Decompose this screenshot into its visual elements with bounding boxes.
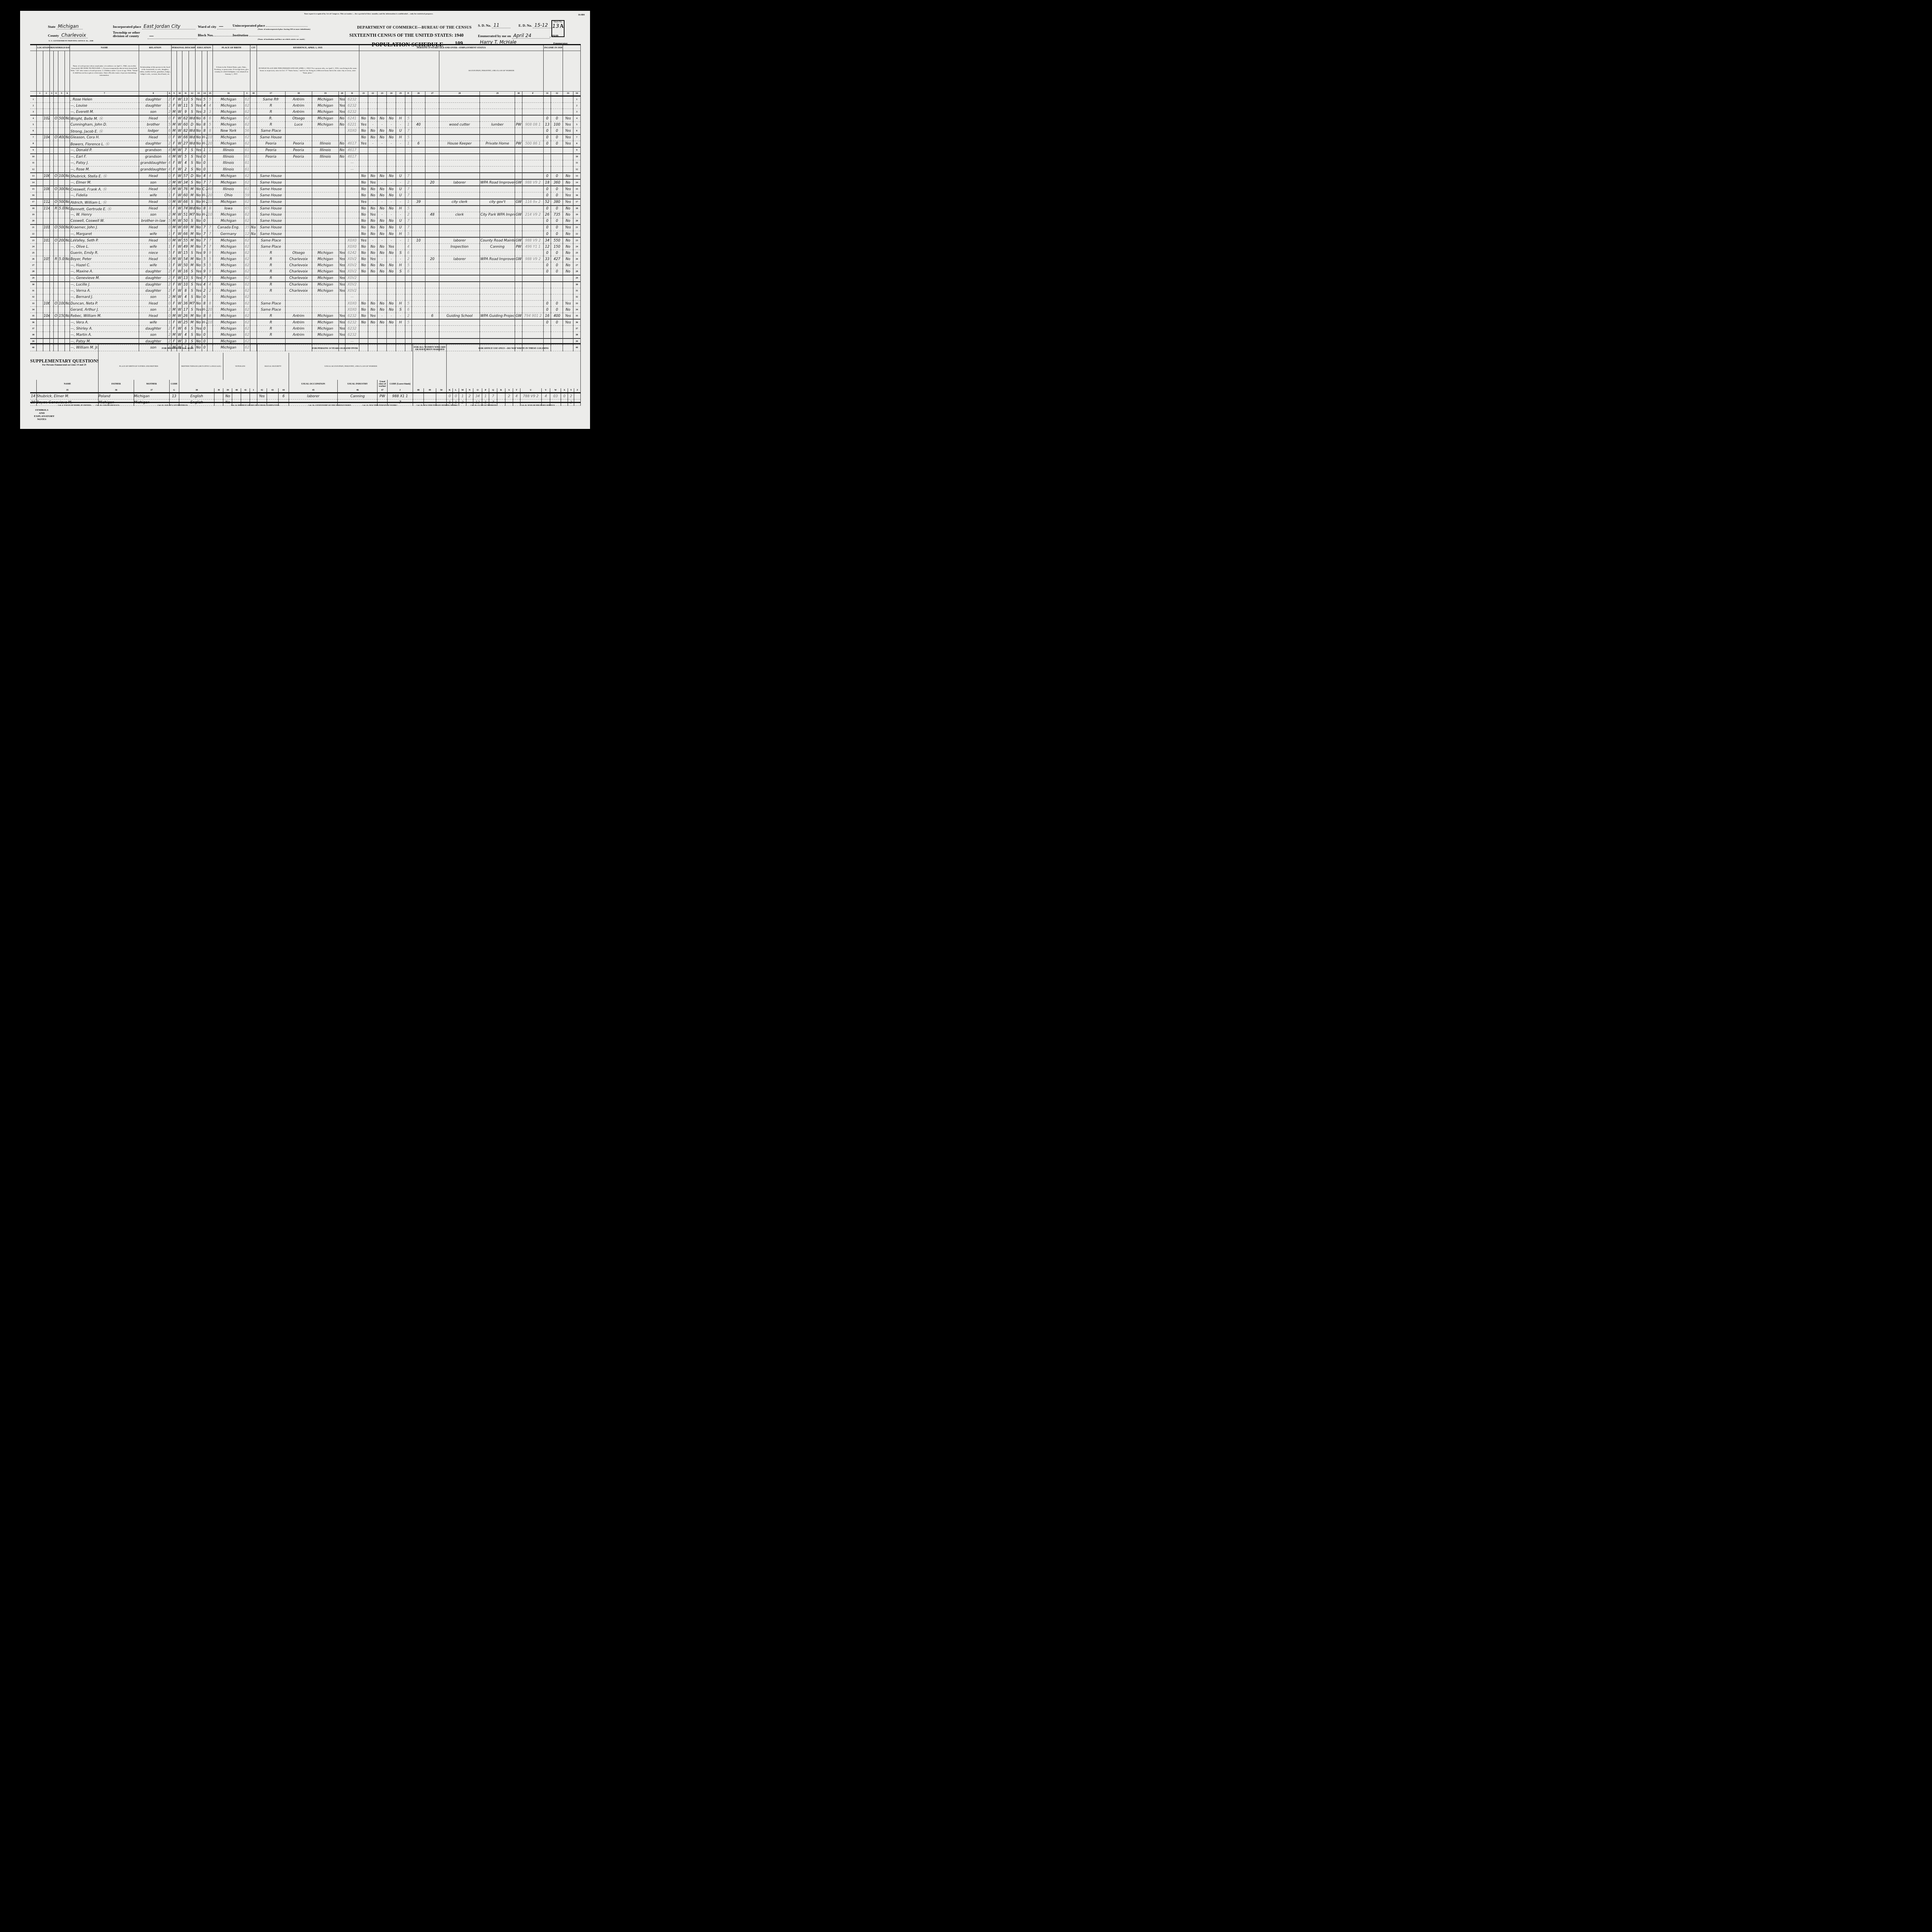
cell-res-state[interactable]: Michigan — [312, 109, 338, 116]
cell-res-county[interactable]: Antrim — [285, 326, 312, 332]
cell-e21[interactable]: No — [359, 206, 368, 212]
cell-age[interactable]: 4 — [182, 294, 189, 300]
cell-res-farm[interactable] — [339, 294, 345, 300]
cell-e23[interactable]: No — [378, 319, 387, 326]
cell-res-county[interactable]: Charlevoix — [285, 256, 312, 262]
cell-other[interactable]: No — [563, 262, 573, 269]
cell-wage[interactable]: 0 — [551, 307, 563, 313]
cell-other[interactable] — [563, 154, 573, 160]
cell-ms[interactable]: S — [189, 199, 196, 206]
cell-grade[interactable]: 1 — [202, 147, 207, 154]
cell-e24[interactable]: - — [387, 212, 396, 218]
cell-e23[interactable] — [378, 154, 387, 160]
cell-race[interactable]: W — [177, 160, 182, 166]
cell-cw[interactable] — [515, 115, 522, 122]
cell-rel[interactable]: granddaughter — [139, 160, 168, 166]
cell-e25[interactable] — [396, 96, 405, 103]
cell-ecode[interactable]: 6 — [405, 250, 412, 256]
cell-own[interactable]: O — [54, 301, 58, 307]
cell-sex[interactable]: F — [171, 269, 177, 275]
cell-e23[interactable]: No — [378, 244, 387, 250]
cell-cit[interactable] — [250, 154, 257, 160]
cell-res-farm[interactable]: Yes — [339, 288, 345, 294]
cell-grade[interactable]: 0 — [202, 332, 207, 338]
cell-grade[interactable]: 0 — [202, 160, 207, 166]
cell-wage[interactable] — [551, 109, 563, 116]
cell-res-county[interactable]: Charlevoix — [285, 262, 312, 269]
cell-farm[interactable] — [65, 128, 70, 134]
cell-value[interactable] — [58, 282, 65, 288]
cell-grcode[interactable]: 7 — [207, 179, 213, 186]
cell-code-a[interactable]: 4 — [168, 147, 172, 154]
cell-res-code[interactable] — [345, 186, 359, 192]
cell-ecode[interactable] — [405, 109, 412, 116]
supp-cell-tongue[interactable]: English — [179, 393, 214, 400]
cell-e23[interactable]: - — [378, 313, 387, 320]
cell-ind[interactable] — [480, 154, 515, 160]
cell-farm[interactable] — [65, 288, 70, 294]
cell-school[interactable]: No — [195, 186, 202, 192]
cell-other[interactable] — [563, 147, 573, 154]
cell-bcode[interactable]: 62 — [244, 199, 250, 206]
cell-wks39[interactable]: 0 — [544, 134, 551, 141]
cell-ecode[interactable]: 2 — [405, 212, 412, 218]
cell-grade[interactable]: C-1 — [202, 186, 207, 192]
cell-rel[interactable]: grandson — [139, 147, 168, 154]
cell-res-state[interactable] — [312, 199, 338, 206]
person-name[interactable]: —, Verna A. — [70, 288, 139, 294]
cell-cit[interactable] — [250, 212, 257, 218]
cell-grade[interactable]: 5 — [202, 256, 207, 262]
cell-res-code[interactable] — [345, 134, 359, 141]
cell-sex[interactable]: M — [171, 237, 177, 244]
cell-res-code[interactable]: 6221 — [345, 122, 359, 128]
cell-weeks[interactable] — [425, 154, 439, 160]
person-name[interactable]: —, Shirley A. — [70, 326, 139, 332]
cell-house[interactable] — [43, 288, 49, 294]
cell-age[interactable]: 5 — [182, 154, 189, 160]
cell-birth[interactable]: Michigan — [213, 179, 244, 186]
cell-e21[interactable] — [359, 109, 368, 116]
supp-cell-w49[interactable] — [423, 393, 436, 400]
cell-e23[interactable]: No — [378, 206, 387, 212]
cell-value[interactable]: 5.00 — [58, 256, 65, 262]
cell-value[interactable] — [58, 262, 65, 269]
cell-own[interactable] — [54, 96, 58, 103]
cell-sex[interactable]: F — [171, 250, 177, 256]
cell-e21[interactable] — [359, 160, 368, 166]
cell-e21[interactable]: Yes — [359, 199, 368, 206]
cell-ms[interactable]: M — [189, 244, 196, 250]
cell-e23[interactable] — [378, 147, 387, 154]
cell-hh[interactable] — [49, 212, 54, 218]
cell-own[interactable] — [54, 282, 58, 288]
cell-ms[interactable]: S — [189, 167, 196, 173]
cell-school[interactable]: No — [195, 115, 202, 122]
cell-cit[interactable] — [250, 326, 257, 332]
cell-res-farm[interactable]: Yes — [339, 103, 345, 109]
cell-e24[interactable] — [387, 103, 396, 109]
cell-hours[interactable] — [412, 212, 425, 218]
cell-e25[interactable]: H — [396, 301, 405, 307]
cell-res-farm[interactable]: No — [339, 115, 345, 122]
cell-cw[interactable] — [515, 154, 522, 160]
cell-sex[interactable]: M — [171, 313, 177, 320]
cell-e22[interactable]: No — [368, 134, 378, 141]
person-name[interactable]: Creswell, Frank A. ⓧ — [70, 186, 139, 192]
cell-e22[interactable]: No — [368, 192, 378, 199]
cell-wage[interactable]: 0 — [551, 262, 563, 269]
cell-occ[interactable] — [439, 128, 480, 134]
cell-age[interactable]: 74 — [182, 206, 189, 212]
cell-wks39[interactable]: 0 — [544, 186, 551, 192]
cell-code-a[interactable]: 0 — [168, 206, 172, 212]
cell-e25[interactable]: S — [396, 269, 405, 275]
cell-birth[interactable]: Michigan — [213, 218, 244, 224]
cell-wage[interactable]: 0 — [551, 269, 563, 275]
cell-ind[interactable] — [480, 160, 515, 166]
cell-e21[interactable]: Yes — [359, 237, 368, 244]
cell-own[interactable] — [54, 262, 58, 269]
cell-school[interactable]: No — [195, 332, 202, 338]
person-name[interactable]: —, Hazel C. — [70, 262, 139, 269]
cell-ind[interactable] — [480, 269, 515, 275]
cell-res-state[interactable]: Michigan — [312, 96, 338, 103]
cell-e23[interactable]: No — [378, 262, 387, 269]
cell-weeks[interactable] — [425, 301, 439, 307]
cell-e25[interactable] — [396, 167, 405, 173]
cell-bcode[interactable]: 62 — [244, 179, 250, 186]
cell-grcode[interactable] — [207, 326, 213, 332]
cell-ms[interactable]: S — [189, 332, 196, 338]
cell-grcode[interactable]: 9 — [207, 269, 213, 275]
person-name[interactable]: Gerard, Arthur J. — [70, 307, 139, 313]
cell-birth[interactable]: Michigan — [213, 294, 244, 300]
cell-hours[interactable] — [412, 160, 425, 166]
cell-e24[interactable] — [387, 96, 396, 103]
cell-occ[interactable] — [439, 115, 480, 122]
cell-ind[interactable] — [480, 301, 515, 307]
cell-cit[interactable] — [250, 109, 257, 116]
cell-own[interactable] — [54, 244, 58, 250]
cell-res-county[interactable] — [285, 167, 312, 173]
cell-res-state[interactable]: Michigan — [312, 250, 338, 256]
cell-house[interactable]: 106 — [43, 173, 49, 179]
cell-hours[interactable] — [412, 206, 425, 212]
cell-house[interactable] — [43, 109, 49, 116]
cell-school[interactable]: No — [195, 173, 202, 179]
cell-bcode[interactable]: 62 — [244, 256, 250, 262]
cell-other[interactable]: No — [563, 179, 573, 186]
cell-e25[interactable]: U — [396, 173, 405, 179]
cell-wks39[interactable]: 0 — [544, 141, 551, 147]
cell-e24[interactable]: No — [387, 173, 396, 179]
cell-ms[interactable]: M7 — [189, 212, 196, 218]
cell-birth[interactable]: Michigan — [213, 326, 244, 332]
cell-e21[interactable]: No — [359, 319, 368, 326]
cell-e25[interactable]: - — [396, 122, 405, 128]
cell-e23[interactable]: - — [378, 237, 387, 244]
cell-race[interactable]: W — [177, 134, 182, 141]
cell-res-county[interactable]: Peoria — [285, 141, 312, 147]
cell-ms[interactable]: S — [189, 147, 196, 154]
cell-e21[interactable]: No — [359, 128, 368, 134]
cell-ind[interactable] — [480, 282, 515, 288]
cell-age[interactable]: 16 — [182, 269, 189, 275]
cell-age[interactable]: 26 — [182, 313, 189, 320]
cell-sex[interactable]: M — [171, 109, 177, 116]
cell-race[interactable]: W — [177, 237, 182, 244]
cell-rel[interactable]: brother-in-law — [139, 218, 168, 224]
cell-ocode[interactable]: 908 08 1 — [522, 122, 544, 128]
cell-e21[interactable] — [359, 167, 368, 173]
cell-e22[interactable]: Yes — [368, 179, 378, 186]
cell-rel[interactable]: daughter — [139, 326, 168, 332]
cell-res-farm[interactable]: No — [339, 122, 345, 128]
cell-ms[interactable]: S — [189, 218, 196, 224]
cell-res-city[interactable]: Same Place — [257, 307, 285, 313]
cell-e25[interactable]: H — [396, 319, 405, 326]
cell-res-city[interactable]: Same House — [257, 192, 285, 199]
cell-e25[interactable]: S — [396, 307, 405, 313]
cell-grade[interactable]: 0 — [202, 218, 207, 224]
cell-race[interactable]: W — [177, 147, 182, 154]
cell-ecode[interactable]: 5 — [405, 115, 412, 122]
cell-res-farm[interactable] — [339, 237, 345, 244]
cell-e21[interactable] — [359, 154, 368, 160]
cell-wage[interactable]: 380 — [551, 199, 563, 206]
supp-cell-v40[interactable] — [232, 393, 241, 400]
cell-value[interactable] — [58, 192, 65, 199]
cell-res-farm[interactable]: Yes — [339, 250, 345, 256]
cell-other[interactable]: No — [563, 206, 573, 212]
cell-rel[interactable]: son — [139, 212, 168, 218]
cell-house[interactable] — [43, 262, 49, 269]
cell-value[interactable]: 500 — [58, 199, 65, 206]
cell-e22[interactable]: Yes — [368, 256, 378, 262]
cell-own[interactable] — [54, 319, 58, 326]
cell-res-county[interactable] — [285, 307, 312, 313]
cell-birth[interactable]: Michigan — [213, 256, 244, 262]
cell-grade[interactable]: 8 — [202, 301, 207, 307]
cell-e22[interactable]: No — [368, 128, 378, 134]
cell-e22[interactable] — [368, 154, 378, 160]
cell-value[interactable] — [58, 294, 65, 300]
cell-value[interactable]: 500 — [58, 224, 65, 231]
cell-res-code[interactable]: 6241 — [345, 115, 359, 122]
cell-birth[interactable]: Canada Eng. — [213, 224, 244, 231]
cell-school[interactable]: Yes — [195, 326, 202, 332]
cell-wks39[interactable] — [544, 103, 551, 109]
cell-grcode[interactable]: 7 — [207, 237, 213, 244]
cell-res-code[interactable]: 6232 — [345, 332, 359, 338]
cell-ocode[interactable] — [522, 96, 544, 103]
cell-wks39[interactable]: 0 — [544, 262, 551, 269]
cell-res-code[interactable]: X0V2 — [345, 256, 359, 262]
cell-weeks[interactable] — [425, 199, 439, 206]
cell-hh[interactable] — [49, 294, 54, 300]
cell-grcode[interactable]: 20 — [207, 141, 213, 147]
supp-cell-w48[interactable] — [413, 393, 424, 400]
cell-cw[interactable]: GW — [515, 256, 522, 262]
cell-age[interactable]: 49 — [182, 244, 189, 250]
cell-wks39[interactable]: 0 — [544, 319, 551, 326]
cell-e24[interactable] — [387, 294, 396, 300]
cell-ocode[interactable] — [522, 206, 544, 212]
cell-sex[interactable]: F — [171, 288, 177, 294]
cell-school[interactable]: Yes — [195, 103, 202, 109]
cell-res-state[interactable] — [312, 206, 338, 212]
cell-e23[interactable]: No — [378, 218, 387, 224]
cell-value[interactable] — [58, 250, 65, 256]
cell-weeks[interactable] — [425, 109, 439, 116]
cell-res-state[interactable] — [312, 237, 338, 244]
cell-ind[interactable] — [480, 186, 515, 192]
cell-res-state[interactable] — [312, 134, 338, 141]
cell-e23[interactable]: No — [378, 250, 387, 256]
cell-race[interactable]: W — [177, 326, 182, 332]
cell-cit[interactable] — [250, 122, 257, 128]
cell-house[interactable] — [43, 250, 49, 256]
cell-sex[interactable]: F — [171, 262, 177, 269]
cell-age[interactable]: 25 — [182, 319, 189, 326]
cell-res-county[interactable]: Charlevoix — [285, 269, 312, 275]
cell-occ[interactable]: city clerk — [439, 199, 480, 206]
cell-occ[interactable] — [439, 186, 480, 192]
cell-ms[interactable]: M — [189, 262, 196, 269]
cell-ind[interactable] — [480, 96, 515, 103]
cell-occ[interactable]: Guiding School — [439, 313, 480, 320]
cell-birth[interactable]: Illinois — [213, 147, 244, 154]
cell-res-state[interactable] — [312, 294, 338, 300]
cell-sex[interactable]: F — [171, 231, 177, 237]
cell-e25[interactable]: H — [396, 262, 405, 269]
cell-occ[interactable] — [439, 262, 480, 269]
cell-occ[interactable] — [439, 326, 480, 332]
cell-wage[interactable] — [551, 294, 563, 300]
cell-birth[interactable]: Michigan — [213, 313, 244, 320]
cell-school[interactable]: No — [195, 231, 202, 237]
cell-birth[interactable]: Michigan — [213, 250, 244, 256]
cell-e21[interactable]: No — [359, 212, 368, 218]
cell-ecode[interactable] — [405, 294, 412, 300]
cell-ms[interactable]: M — [189, 256, 196, 262]
cell-e21[interactable]: No — [359, 269, 368, 275]
cell-rel[interactable]: son — [139, 179, 168, 186]
block-value[interactable] — [214, 36, 233, 36]
cell-res-state[interactable] — [312, 218, 338, 224]
cell-res-city[interactable]: Same House — [257, 212, 285, 218]
cell-e21[interactable] — [359, 282, 368, 288]
cell-own[interactable] — [54, 154, 58, 160]
cell-farm[interactable] — [65, 212, 70, 218]
cell-sex[interactable]: F — [171, 192, 177, 199]
cell-bcode[interactable]: 62 — [244, 173, 250, 179]
cell-sex[interactable]: F — [171, 275, 177, 282]
cell-own[interactable]: O — [54, 313, 58, 320]
cell-ecode[interactable]: 7 — [405, 128, 412, 134]
cell-grade[interactable]: 4 — [202, 173, 207, 179]
cell-e22[interactable] — [368, 332, 378, 338]
cell-other[interactable]: Yes — [563, 122, 573, 128]
cell-code-a[interactable]: 2 — [168, 326, 172, 332]
cell-race[interactable]: W — [177, 103, 182, 109]
cell-res-farm[interactable]: Yes — [339, 109, 345, 116]
cell-res-city[interactable]: R — [257, 103, 285, 109]
cell-ms[interactable]: S — [189, 250, 196, 256]
cell-own[interactable] — [54, 147, 58, 154]
person-name[interactable]: Coswell, Coswell W. — [70, 218, 139, 224]
cell-res-code[interactable]: — — [345, 167, 359, 173]
cell-ocode[interactable] — [522, 301, 544, 307]
cell-e25[interactable] — [396, 288, 405, 294]
cell-other[interactable] — [563, 332, 573, 338]
cell-school[interactable]: No — [195, 313, 202, 320]
cell-res-farm[interactable]: No — [339, 141, 345, 147]
cell-wks39[interactable]: 16 — [544, 313, 551, 320]
cell-wks39[interactable]: 0 — [544, 173, 551, 179]
cell-e24[interactable]: - — [387, 141, 396, 147]
cell-e22[interactable] — [368, 109, 378, 116]
cell-hours[interactable] — [412, 109, 425, 116]
cell-race[interactable]: W — [177, 109, 182, 116]
cell-grcode[interactable]: 10 — [207, 319, 213, 326]
cell-res-code[interactable] — [345, 206, 359, 212]
cell-race[interactable]: W — [177, 301, 182, 307]
cell-weeks[interactable] — [425, 231, 439, 237]
cell-cit[interactable] — [250, 307, 257, 313]
cell-value[interactable]: 100 — [58, 301, 65, 307]
cell-own[interactable] — [54, 307, 58, 313]
cell-hh[interactable] — [49, 319, 54, 326]
cell-hh[interactable] — [49, 332, 54, 338]
cell-grcode[interactable]: 8 — [207, 128, 213, 134]
cell-birth[interactable]: Michigan — [213, 332, 244, 338]
cell-e21[interactable]: No — [359, 256, 368, 262]
cell-ocode[interactable]: 988 V9 2 — [522, 179, 544, 186]
cell-res-farm[interactable] — [339, 224, 345, 231]
cell-race[interactable]: W — [177, 224, 182, 231]
cell-bcode[interactable]: 62 — [244, 294, 250, 300]
cell-farm[interactable] — [65, 179, 70, 186]
cell-farm[interactable]: No — [65, 186, 70, 192]
cell-e23[interactable]: No — [378, 128, 387, 134]
cell-cw[interactable]: PW — [515, 244, 522, 250]
cell-rel[interactable]: wife — [139, 244, 168, 250]
cell-race[interactable]: W — [177, 192, 182, 199]
cell-res-city[interactable]: R — [257, 288, 285, 294]
cell-farm[interactable]: No — [65, 224, 70, 231]
cell-bcode[interactable]: 62 — [244, 96, 250, 103]
cell-e22[interactable]: Yes — [368, 313, 378, 320]
cell-code-a[interactable]: 1 — [168, 262, 172, 269]
cell-res-state[interactable]: Michigan — [312, 262, 338, 269]
cell-hours[interactable] — [412, 262, 425, 269]
cell-hours[interactable]: 39 — [412, 199, 425, 206]
cell-e21[interactable]: No — [359, 307, 368, 313]
cell-wks39[interactable]: 0 — [544, 231, 551, 237]
cell-ecode[interactable] — [405, 147, 412, 154]
cell-ms[interactable]: M — [189, 224, 196, 231]
cell-e21[interactable]: No — [359, 115, 368, 122]
cell-age[interactable]: 76 — [182, 186, 189, 192]
cell-ind[interactable]: County Road Maintenance — [480, 237, 515, 244]
cell-ms[interactable]: Wd — [189, 115, 196, 122]
cell-wage[interactable]: 0 — [551, 319, 563, 326]
cell-occ[interactable] — [439, 288, 480, 294]
cell-rel[interactable]: Head — [139, 301, 168, 307]
cell-grade[interactable]: 8 — [202, 122, 207, 128]
